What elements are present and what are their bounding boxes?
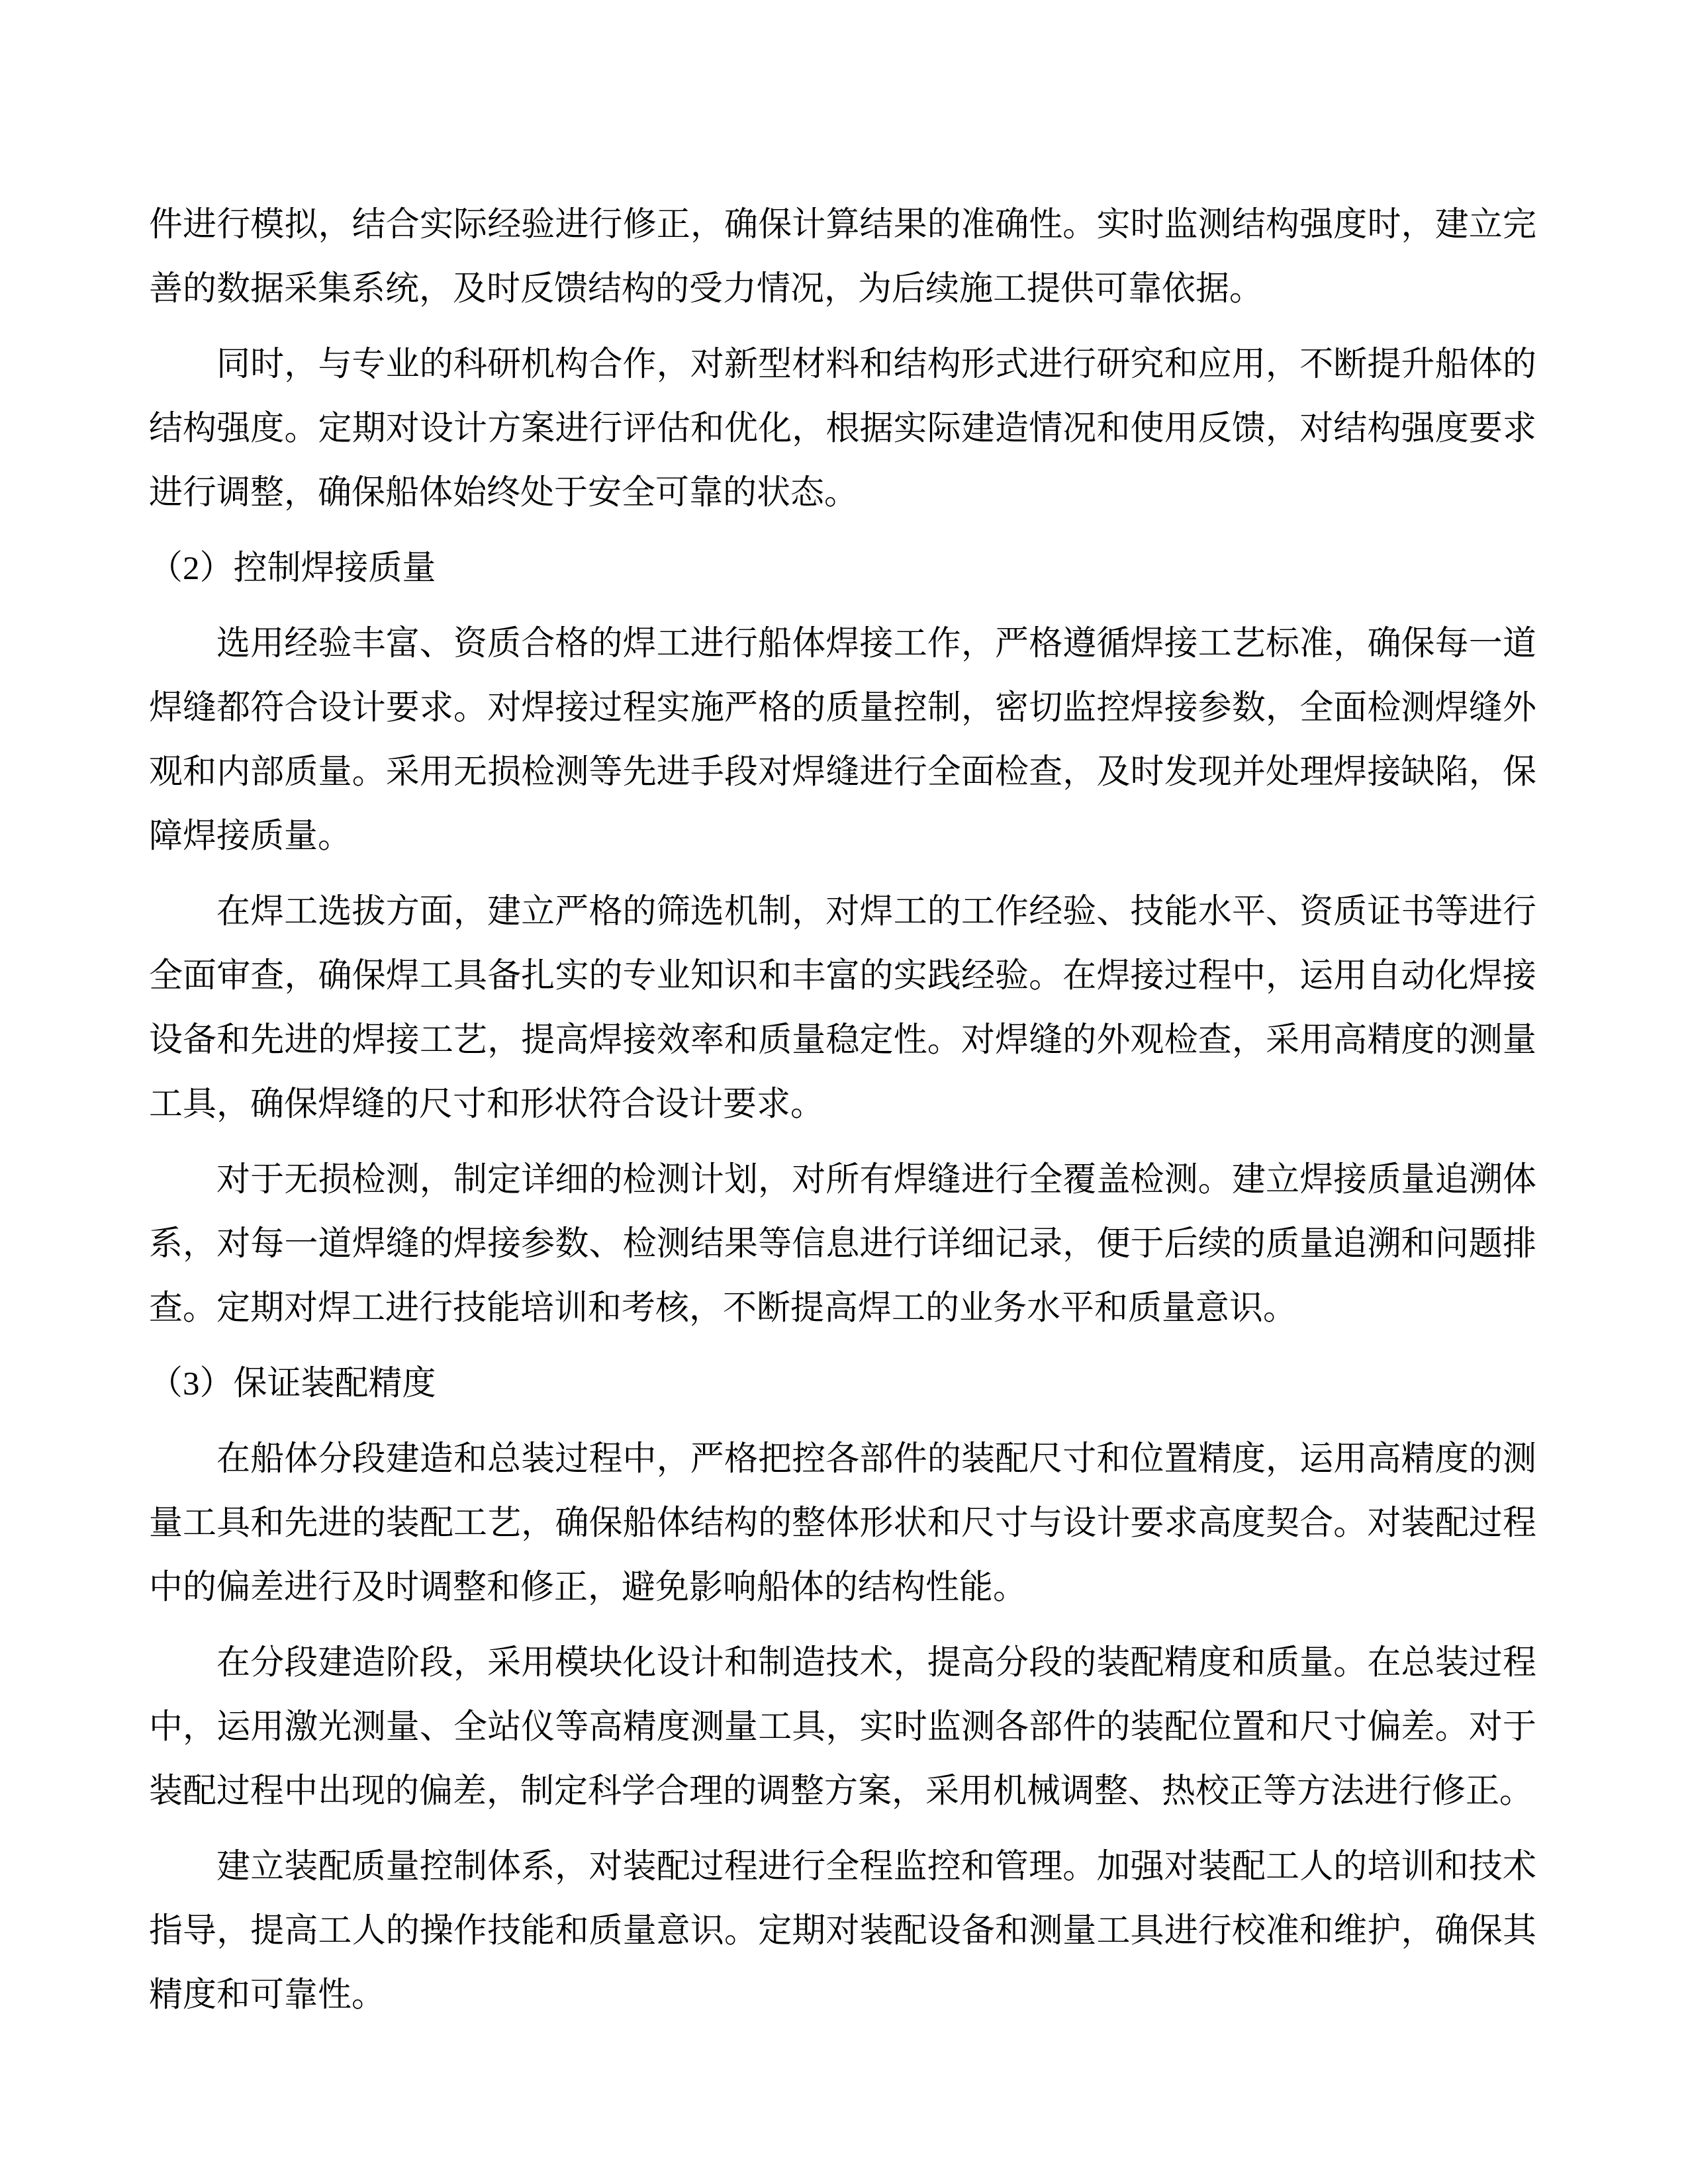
document-page: 件进行模拟，结合实际经验进行修正，确保计算结果的准确性。实时监测结构强度时，建立… <box>0 0 1688 2184</box>
paragraph: 在船体分段建造和总装过程中，严格把控各部件的装配尺寸和位置精度，运用高精度的测量… <box>149 1428 1536 1620</box>
paragraph: 同时，与专业的科研机构合作，对新型材料和结构形式进行研究和应用，不断提升船体的结… <box>149 333 1536 525</box>
paragraph: 在分段建造阶段，采用模块化设计和制造技术，提高分段的装配精度和质量。在总装过程中… <box>149 1631 1536 1824</box>
paragraph: 建立装配质量控制体系，对装配过程进行全程监控和管理。加强对装配工人的培训和技术指… <box>149 1835 1536 2028</box>
paragraph: 件进行模拟，结合实际经验进行修正，确保计算结果的准确性。实时监测结构强度时，建立… <box>149 193 1536 322</box>
section-heading: （3）保证装配精度 <box>149 1352 1536 1416</box>
paragraph: 选用经验丰富、资质合格的焊工进行船体焊接工作，严格遵循焊接工艺标准，确保每一道焊… <box>149 612 1536 869</box>
section-heading: （2）控制焊接质量 <box>149 537 1536 601</box>
paragraph: 在焊工选拔方面，建立严格的筛选机制，对焊工的工作经验、技能水平、资质证书等进行全… <box>149 880 1536 1137</box>
paragraph: 对于无损检测，制定详细的检测计划，对所有焊缝进行全覆盖检测。建立焊接质量追溯体系… <box>149 1148 1536 1341</box>
